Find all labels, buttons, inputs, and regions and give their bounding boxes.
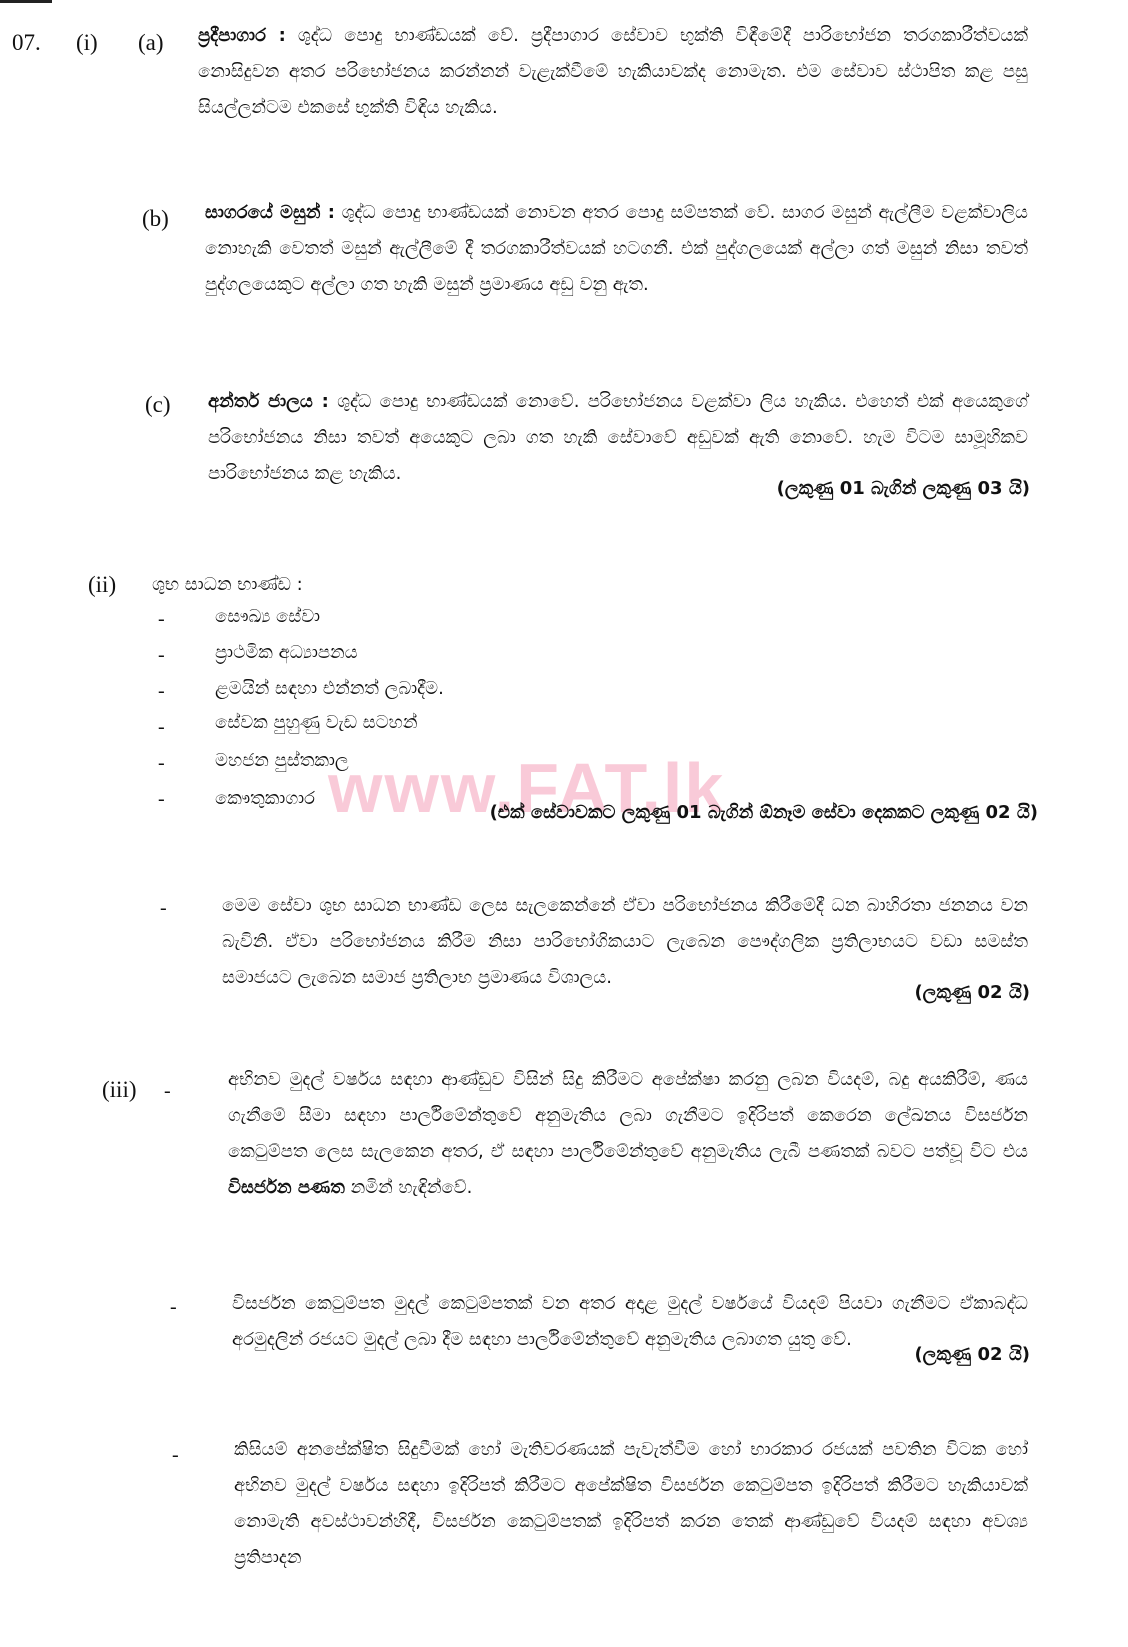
list-dash: - (158, 608, 165, 631)
list-dash: - (164, 1080, 171, 1103)
part-i-c-term: අන්තර් ජාලය : (208, 391, 329, 412)
part-i-a-answer: ප්‍රදීපාගාර : ශුද්ධ පොදු භාණ්ඩයක් වේ. ප්… (198, 18, 1028, 126)
part-i-a-text: ශුද්ධ පොදු භාණ්ඩයක් වේ. ප්‍රදීපාගාර සේවා… (198, 25, 1028, 118)
list-dash: - (158, 680, 165, 703)
part-i-b-term: සාගරයේ මසුන් : (205, 202, 335, 223)
part-iii-label: (iii) (102, 1077, 137, 1103)
part-iii-para1: අභිනව මුදල් වර්ෂය සඳහා ආණ්ඩුව විසින් සිද… (228, 1062, 1028, 1206)
part-ii-explanation: මෙම සේවා ශුභ සාධන භාණ්ඩ ලෙස සැලකෙන්නේ ඒව… (222, 888, 1028, 996)
part-iii-para1-text: අභිනව මුදල් වර්ෂය සඳහා ආණ්ඩුව විසින් සිද… (228, 1069, 1028, 1162)
part-i-b-answer: සාගරයේ මසුන් : ශුද්ධ පොදු භාණ්ඩයක් නොවන … (205, 195, 1028, 303)
list-dash: - (172, 1444, 179, 1467)
list-dash: - (158, 644, 165, 667)
part-iii-para1-tail: නමින් හැඳින්වේ. (345, 1177, 473, 1198)
list-dash: - (158, 752, 165, 775)
part-i-c-text: ශුද්ධ පොදු භාණ්ඩයක් නොවේ. පරිභෝජනය වළක්ව… (208, 391, 1028, 484)
list-item: මහජන පුස්තකාල (215, 750, 349, 771)
part-ii-explanation-marks: (ලකුණු 02 යි) (820, 982, 1030, 1003)
part-iii-para2-marks: (ලකුණු 02 යි) (820, 1344, 1030, 1365)
list-item: ළමයින් සඳහා එන්නත් ලබාදීම. (215, 678, 444, 699)
part-i-c-label: (c) (145, 392, 171, 418)
part-i-a-label: (a) (138, 30, 164, 56)
list-item: ප්‍රාථමික අධ්‍යාපනය (215, 642, 358, 663)
appropriation-act-term: විසර්ජන පණත (228, 1177, 345, 1198)
question-number: 07. (12, 30, 41, 56)
list-dash: - (158, 788, 165, 811)
list-dash: - (170, 1296, 177, 1319)
list-dash: - (158, 716, 165, 739)
list-dash: - (160, 897, 167, 920)
part-i-a-term: ප්‍රදීපාගාර : (198, 25, 286, 46)
part-ii-heading: ශුභ සාධන භාණ්ඩ : (152, 574, 303, 595)
part-ii-label: (ii) (88, 572, 116, 598)
part-iii-para3: කිසියම් අනපේක්ෂිත සිදුවීමක් හෝ මැතිවරණයක… (234, 1432, 1028, 1576)
list-item: සේවක පුහුණු වැඩ සටහන් (215, 712, 417, 733)
part-i-c-answer: අන්තර් ජාලය : ශුද්ධ පොදු භාණ්ඩයක් නොවේ. … (208, 384, 1028, 492)
part-i-b-label: (b) (142, 206, 169, 232)
part-i-marks: (ලකුණු 01 බැගින් ලකුණු 03 යි) (560, 478, 1030, 499)
top-border-line (0, 0, 52, 3)
list-item: සෞඛ්‍ය සේවා (215, 606, 320, 627)
part-ii-items-marks: (එක් සේවාවකට ලකුණු 01 බැගින් ඕනෑම සේවා ද… (300, 802, 1038, 823)
part-i-label: (i) (76, 30, 98, 56)
